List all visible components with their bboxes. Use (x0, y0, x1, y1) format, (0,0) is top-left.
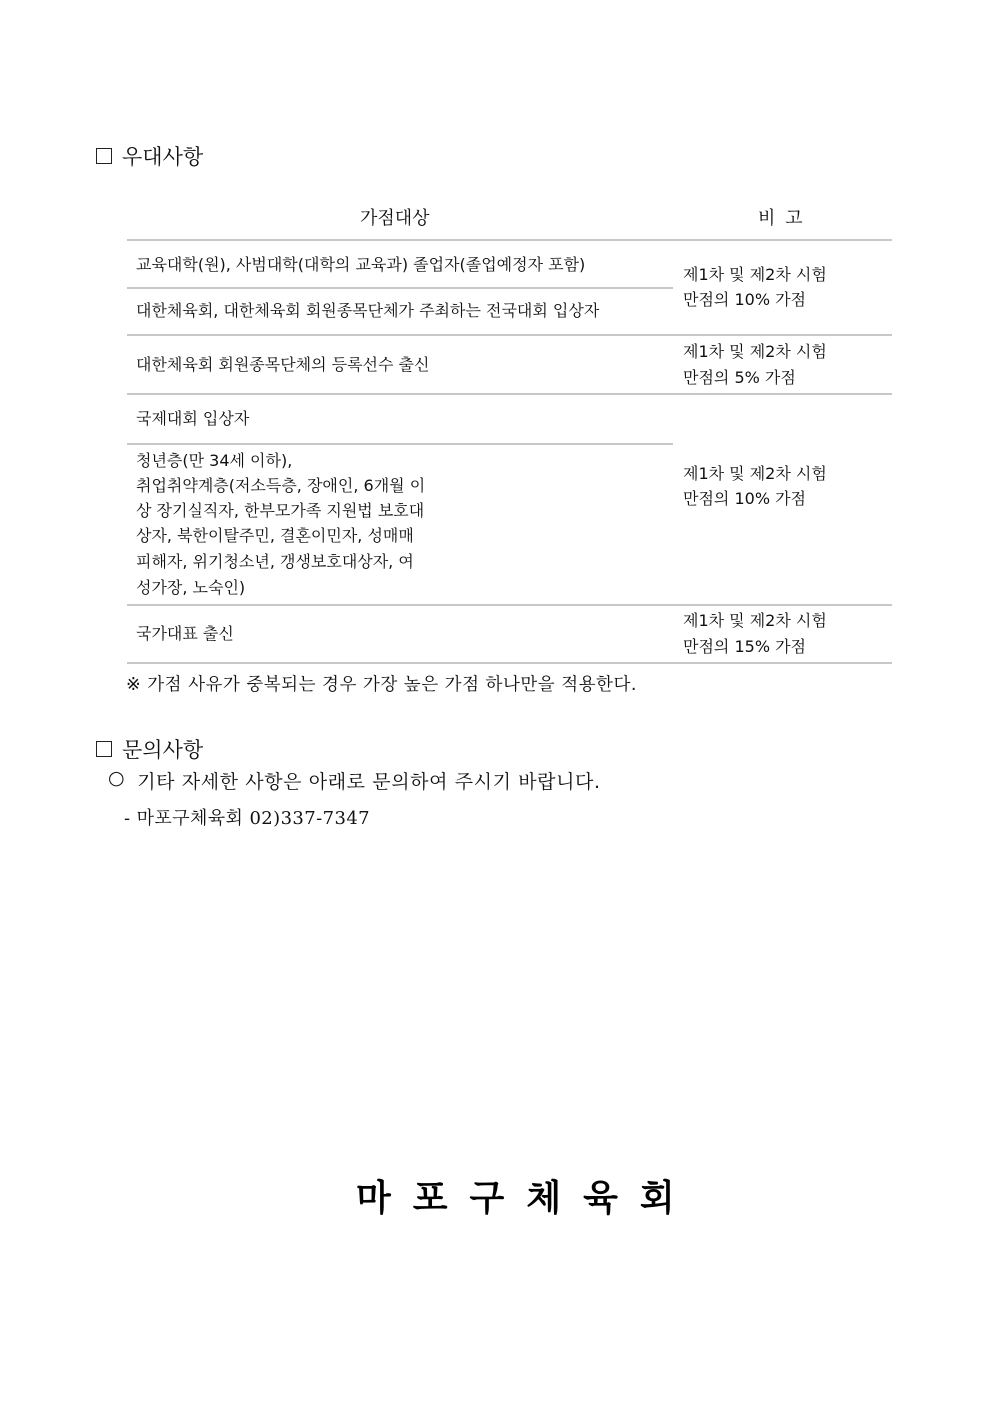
table-cell-target: 국제대회 입상자 (136, 406, 249, 431)
header-remark: 비 고 (758, 204, 805, 230)
table-cell-remark: 제1차 및 제2차 시험 (683, 339, 827, 364)
table-cell-target: 대한체육회, 대한체육회 회원종목단체가 주최하는 전국대회 입상자 (136, 298, 599, 323)
table-divider (127, 393, 892, 395)
section-title-preferential: 우대사항 (96, 141, 203, 171)
table-cell-remark: 만점의 10% 가점 (683, 287, 806, 312)
section-title-text: 우대사항 (122, 141, 203, 171)
inquiry-line: ○ 기타 자세한 사항은 아래로 문의하여 주시기 바랍니다. (108, 767, 601, 794)
table-divider (127, 662, 892, 664)
table-divider (127, 287, 673, 289)
header-target: 가점대상 (360, 204, 430, 230)
table-cell-target-line: 성가장, 노숙인) (136, 575, 245, 600)
table-cell-target-line: 취업취약계층(저소득층, 장애인, 6개월 이 (136, 473, 425, 498)
table-divider (127, 334, 892, 336)
section-title-inquiry: 문의사항 (96, 734, 203, 764)
contact-line: - 마포구체육회 02)337-7347 (124, 804, 370, 830)
table-cell-remark: 제1차 및 제2차 시험 (683, 461, 827, 486)
square-bullet-icon (96, 741, 112, 757)
table-divider (127, 443, 673, 445)
table-cell-target-line: 피해자, 위기청소년, 갱생보호대상자, 여 (136, 549, 414, 574)
table-cell-remark: 만점의 10% 가점 (683, 486, 806, 511)
table-cell-remark: 만점의 15% 가점 (683, 634, 806, 659)
table-cell-remark: 제1차 및 제2차 시험 (683, 608, 827, 633)
table-divider (127, 604, 892, 606)
circle-bullet-icon: ○ (108, 767, 125, 794)
duplicate-bonus-note: ※ 가점 사유가 중복되는 경우 가장 높은 가점 하나만을 적용한다. (126, 671, 637, 696)
table-cell-target-line: 청년층(만 34세 이하), (136, 448, 292, 473)
square-bullet-icon (96, 148, 112, 164)
inquiry-text: 기타 자세한 사항은 아래로 문의하여 주시기 바랍니다. (137, 767, 600, 794)
table-cell-target: 대한체육회 회원종목단체의 등록선수 출신 (136, 352, 429, 377)
table-cell-remark: 제1차 및 제2차 시험 (683, 262, 827, 287)
table-cell-target: 교육대학(원), 사범대학(대학의 교육과) 졸업자(졸업예정자 포함) (136, 252, 585, 277)
table-cell-remark: 만점의 5% 가점 (683, 365, 796, 390)
table-divider (127, 239, 892, 241)
table-cell-target: 국가대표 출신 (136, 621, 234, 646)
section-title-text: 문의사항 (122, 734, 203, 764)
table-cell-target-line: 상 장기실직자, 한부모가족 지원법 보호대 (136, 498, 424, 523)
footer-organization: 마포구체육회 (356, 1170, 697, 1221)
table-cell-target-line: 상자, 북한이탈주민, 결혼이민자, 성매매 (136, 523, 414, 548)
